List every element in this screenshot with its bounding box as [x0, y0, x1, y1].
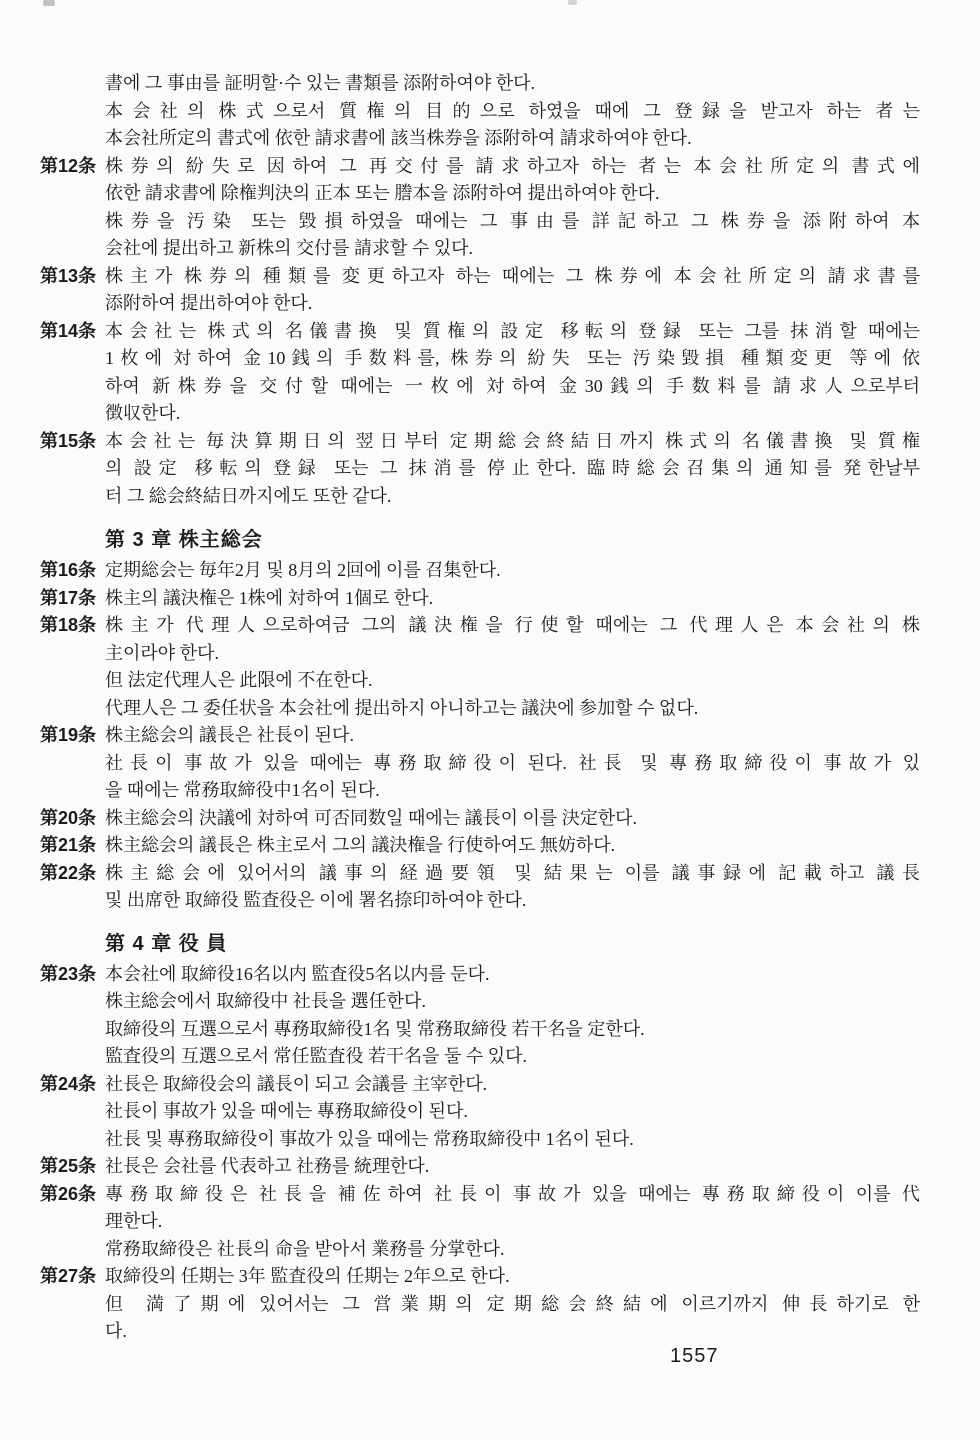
line-text: 株主総会의 議長은 株主로서 그의 議決権을 行使하여도 無妨하다. [105, 833, 920, 857]
line-text: 主이라야 한다. [105, 641, 920, 665]
article-text-line: 本会社의 株式으로서 質権의 目的으로 하였을 때에 그 登録을 받고자 하는 … [40, 99, 920, 126]
article-text-line: 理한다. [40, 1209, 920, 1236]
article-text-line: 第25条社長은 会社를 代表하고 社務를 統理한다. [40, 1154, 920, 1181]
article-number: 第23条 [40, 962, 96, 986]
article-text-line: 株主総会에서 取締役中 社長을 選任한다. [40, 989, 920, 1016]
article-number: 第24条 [40, 1072, 96, 1096]
article-text-line: 第22条株主総会에 있어서의 議事의 経過要領 및 結果는 이를 議事録에 記載… [40, 861, 920, 888]
article-text-line: 社長이 事故가 있을 때에는 專務取締役이 된다. 社長 및 專務取締役이 事故… [40, 751, 920, 778]
article-number: 第19条 [40, 723, 96, 747]
article-number: 第15条 [40, 429, 96, 453]
line-text: 의 設定 移転의 登録 또는 그 抹消를 停止한다. 臨時総会召集의 通知를 発… [105, 456, 920, 480]
line-text: 社長이 事故가 있을 때에는 專務取締役이 된다. 社長 및 專務取締役이 事故… [105, 751, 920, 775]
article-text-line: 1枚에 対하여 金10銭의 手数料를, 株券의 紛失 또는 汚染毀損 種類変更 … [40, 346, 920, 373]
line-text: 하여 新株券을 交付할 때에는 一枚에 対하여 金30銭의 手数料를 請求人으로… [105, 374, 920, 398]
line-text: 理한다. [105, 1209, 920, 1233]
article-text-line: 第27条取締役의 任期는 3年 監査役의 任期는 2年으로 한다. [40, 1264, 920, 1291]
article-text-line: 第16条定期総会는 毎年2月 및 8月의 2回에 이를 召集한다. [40, 558, 920, 585]
article-text-line: 常務取締役은 社長의 命을 받아서 業務를 分掌한다. [40, 1237, 920, 1264]
article-number: 第16条 [40, 558, 96, 582]
article-number: 第20条 [40, 806, 96, 830]
article-text-line: 第17条株主의 議決権은 1株에 対하여 1個로 한다. [40, 586, 920, 613]
article-text-line: 本会社所定의 書式에 依한 請求書에 該当株券을 添附하여 請求하여야 한다. [40, 126, 920, 153]
scan-artifact [568, 0, 577, 5]
line-text: 을 때에는 常務取締役中1名이 된다. [105, 778, 920, 802]
line-text: 会社에 提出하고 新株의 交付를 請求할 수 있다. [105, 236, 920, 260]
article-text-line: 하여 新株券을 交付할 때에는 一枚에 対하여 金30銭의 手数料를 請求人으로… [40, 374, 920, 401]
article-text-line: 第24条社長은 取締役会의 議長이 되고 会議를 主宰한다. [40, 1072, 920, 1099]
article-text-line: 터 그 総会終結日까지에도 또한 같다. [40, 484, 920, 511]
article-text-line: 의 設定 移転의 登録 또는 그 抹消를 停止한다. 臨時総会召集의 通知를 発… [40, 456, 920, 483]
line-text: 但 満了期에 있어서는 그 営業期의 定期総会終結에 이르기까지 伸長하기로 한 [105, 1292, 920, 1316]
line-text: 取締役의 互選으로서 專務取締役1名 및 常務取締役 若干名을 定한다. [105, 1017, 920, 1041]
line-text: 徴収한다. [105, 401, 920, 425]
line-text: 第 3 章 株主総会 [105, 528, 920, 552]
article-text-line: 監査役의 互選으로서 常任監査役 若干名을 둘 수 있다. [40, 1044, 920, 1071]
line-text: 株券을 汚染 또는 毀損하였을 때에는 그 事由를 詳記하고 그 株券을 添附하… [105, 209, 920, 233]
article-number: 第22条 [40, 861, 96, 885]
article-number: 第26条 [40, 1182, 96, 1206]
article-text-line: 株券을 汚染 또는 毀損하였을 때에는 그 事由를 詳記하고 그 株券을 添附하… [40, 209, 920, 236]
line-text: 다. [105, 1319, 920, 1343]
article-text-line: 第14条本会社는 株式의 名儀書換 및 質権의 設定 移転의 登録 또는 그를 … [40, 319, 920, 346]
article-text-line: 第13条株主가 株券의 種類를 変更하고자 하는 때에는 그 株券에 本会社所定… [40, 264, 920, 291]
line-text: 社長은 取締役会의 議長이 되고 会議를 主宰한다. [105, 1072, 920, 1096]
line-text: 取締役의 任期는 3年 監査役의 任期는 2年으로 한다. [105, 1264, 920, 1288]
line-text: 本会社所定의 書式에 依한 請求書에 該当株券을 添附하여 請求하여야 한다. [105, 126, 920, 150]
chapter-heading: 第 3 章 株主総会 [40, 528, 920, 555]
article-number: 第27条 [40, 1264, 96, 1288]
article-text-line: 但 満了期에 있어서는 그 営業期의 定期総会終結에 이르기까지 伸長하기로 한 [40, 1292, 920, 1319]
article-text-line: 第15条本会社는 毎決算期日의 翌日부터 定期総会終結日까지 株式의 名儀書換 … [40, 429, 920, 456]
line-text: 株主가 株券의 種類를 変更하고자 하는 때에는 그 株券에 本会社所定의 請求… [105, 264, 920, 288]
article-text-line: 第21条株主総会의 議長은 株主로서 그의 議決権을 行使하여도 無妨하다. [40, 833, 920, 860]
line-text: 社長이 事故가 있을 때에는 專務取締役이 된다. [105, 1099, 920, 1123]
article-text-line: 社長이 事故가 있을 때에는 專務取締役이 된다. [40, 1099, 920, 1126]
article-text-line: 第26条專務取締役은 社長을 補佐하여 社長이 事故가 있을 때에는 專務取締役… [40, 1182, 920, 1209]
line-text: 株主의 議決権은 1株에 対하여 1個로 한다. [105, 586, 920, 610]
page-number: 1557 [670, 1345, 719, 1368]
article-number: 第25条 [40, 1154, 96, 1178]
line-text: 但 法定代理人은 此限에 不在한다. [105, 668, 920, 692]
article-text-line: 第23条本会社에 取締役16名以内 監査役5名以内를 둔다. [40, 962, 920, 989]
line-text: 本会社는 毎決算期日의 翌日부터 定期総会終結日까지 株式의 名儀書換 및 質権 [105, 429, 920, 453]
article-text-line: 다. [40, 1319, 920, 1346]
line-text: 常務取締役은 社長의 命을 받아서 業務를 分掌한다. [105, 1237, 920, 1261]
article-text-line: 代理人은 그 委任状을 本会社에 提出하지 아니하고는 議決에 参加할 수 없다… [40, 696, 920, 723]
line-text: 株券의 紛失로 因하여 그 再交付를 請求하고자 하는 者는 本会社所定의 書式… [105, 154, 920, 178]
article-text-line: 依한 請求書에 除権判決의 正本 또는 謄本을 添附하여 提出하여야 한다. [40, 181, 920, 208]
scan-artifact [43, 0, 55, 6]
article-number: 第21条 [40, 833, 96, 857]
article-text-line: 을 때에는 常務取締役中1名이 된다. [40, 778, 920, 805]
scanned-document-page: 書에 그 事由를 証明할·수 있는 書類를 添附하여야 한다.本会社의 株式으로… [0, 0, 980, 1440]
line-text: 株主総会의 議長은 社長이 된다. [105, 723, 920, 747]
article-number: 第17条 [40, 586, 96, 610]
article-text-line: 社長 및 專務取締役이 事故가 있을 때에는 常務取締役中 1名이 된다. [40, 1127, 920, 1154]
article-number: 第14条 [40, 319, 96, 343]
article-text-line: 但 法定代理人은 此限에 不在한다. [40, 668, 920, 695]
line-text: 社長 및 專務取締役이 事故가 있을 때에는 常務取締役中 1名이 된다. [105, 1127, 920, 1151]
article-text-line: 第20条株主総会의 決議에 対하여 可否同数일 때에는 議長이 이를 決定한다. [40, 806, 920, 833]
article-text-line: 및 出席한 取締役 監査役은 이에 署名捺印하여야 한다. [40, 888, 920, 915]
article-text-line: 第19条株主総会의 議長은 社長이 된다. [40, 723, 920, 750]
line-text: 依한 請求書에 除権判決의 正本 또는 謄本을 添附하여 提出하여야 한다. [105, 181, 920, 205]
article-number: 第13条 [40, 264, 96, 288]
line-text: 및 出席한 取締役 監査役은 이에 署名捺印하여야 한다. [105, 888, 920, 912]
line-text: 株主総会에서 取締役中 社長을 選任한다. [105, 989, 920, 1013]
article-text-line: 主이라야 한다. [40, 641, 920, 668]
article-text-line: 書에 그 事由를 証明할·수 있는 書類를 添附하여야 한다. [40, 71, 920, 98]
line-text: 書에 그 事由를 証明할·수 있는 書類를 添附하여야 한다. [105, 71, 920, 95]
article-text-line: 会社에 提出하고 新株의 交付를 請求할 수 있다. [40, 236, 920, 263]
line-text: 터 그 総会終結日까지에도 또한 같다. [105, 484, 920, 508]
line-text: 本会社에 取締役16名以内 監査役5名以内를 둔다. [105, 962, 920, 986]
line-text: 第 4 章 役 員 [105, 932, 920, 956]
line-text: 1枚에 対하여 金10銭의 手数料를, 株券의 紛失 또는 汚染毀損 種類変更 … [105, 346, 920, 370]
line-text: 代理人은 그 委任状을 本会社에 提出하지 아니하고는 議決에 参加할 수 없다… [105, 696, 920, 720]
article-number: 第18条 [40, 613, 96, 637]
article-text-line: 徴収한다. [40, 401, 920, 428]
line-text: 添附하여 提出하여야 한다. [105, 291, 920, 315]
line-text: 本会社의 株式으로서 質権의 目的으로 하였을 때에 그 登録을 받고자 하는 … [105, 99, 920, 123]
line-text: 監査役의 互選으로서 常任監査役 若干名을 둘 수 있다. [105, 1044, 920, 1068]
article-text-line: 第18条株主가 代理人으로하여금 그의 議決権을 行使할 때에는 그 代理人은 … [40, 613, 920, 640]
line-text: 株主가 代理人으로하여금 그의 議決権을 行使할 때에는 그 代理人은 本会社의… [105, 613, 920, 637]
article-text-line: 取締役의 互選으로서 專務取締役1名 및 常務取締役 若干名을 定한다. [40, 1017, 920, 1044]
line-text: 本会社는 株式의 名儀書換 및 質権의 設定 移転의 登録 또는 그를 抹消할 … [105, 319, 920, 343]
article-text-line: 第12条株券의 紛失로 因하여 그 再交付를 請求하고자 하는 者는 本会社所定… [40, 154, 920, 181]
line-text: 社長은 会社를 代表하고 社務를 統理한다. [105, 1154, 920, 1178]
line-text: 定期総会는 毎年2月 및 8月의 2回에 이를 召集한다. [105, 558, 920, 582]
article-text-line: 添附하여 提出하여야 한다. [40, 291, 920, 318]
line-text: 專務取締役은 社長을 補佐하여 社長이 事故가 있을 때에는 專務取締役이 이를… [105, 1182, 920, 1206]
line-text: 株主総会의 決議에 対하여 可否同数일 때에는 議長이 이를 決定한다. [105, 806, 920, 830]
chapter-heading: 第 4 章 役 員 [40, 932, 920, 959]
line-text: 株主総会에 있어서의 議事의 経過要領 및 結果는 이를 議事録에 記載하고 議… [105, 861, 920, 885]
article-number: 第12条 [40, 154, 96, 178]
